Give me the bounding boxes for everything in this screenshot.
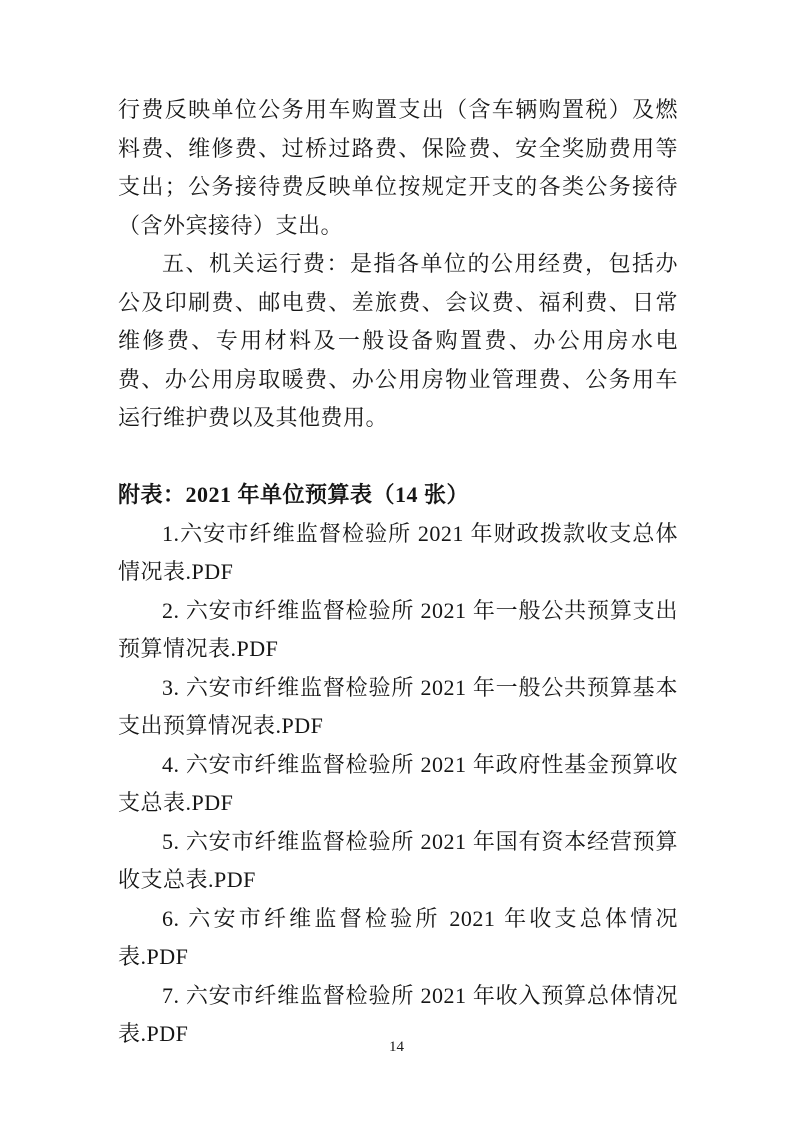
page-content: 行费反映单位公务用车购置支出（含车辆购置税）及燃料费、维修费、过桥过路费、保险费…	[118, 91, 678, 1054]
attachment-item-6: 6. 六安市纤维监督检验所 2021 年收支总体情况表.PDF	[118, 900, 678, 977]
attachment-item-3: 3. 六安市纤维监督检验所 2021 年一般公共预算基本支出预算情况表.PDF	[118, 669, 678, 746]
page-number: 14	[0, 1037, 793, 1057]
attachment-item-2: 2. 六安市纤维监督检验所 2021 年一般公共预算支出预算情况表.PDF	[118, 592, 678, 669]
attachment-item-5: 5. 六安市纤维监督检验所 2021 年国有资本经营预算收支总表.PDF	[118, 823, 678, 900]
paragraph-official-vehicle-expenses: 行费反映单位公务用车购置支出（含车辆购置税）及燃料费、维修费、过桥过路费、保险费…	[118, 91, 678, 245]
document-page: 行费反映单位公务用车购置支出（含车辆购置税）及燃料费、维修费、过桥过路费、保险费…	[0, 0, 793, 1122]
paragraph-agency-operating-costs: 五、机关运行费：是指各单位的公用经费，包括办公及印刷费、邮电费、差旅费、会议费、…	[118, 245, 678, 438]
attachment-item-1: 1.六安市纤维监督检验所 2021 年财政拨款收支总体情况表.PDF	[118, 515, 678, 592]
attachments-heading: 附表：2021 年单位预算表（14 张）	[118, 476, 678, 515]
attachment-item-4: 4. 六安市纤维监督检验所 2021 年政府性基金预算收支总表.PDF	[118, 746, 678, 823]
